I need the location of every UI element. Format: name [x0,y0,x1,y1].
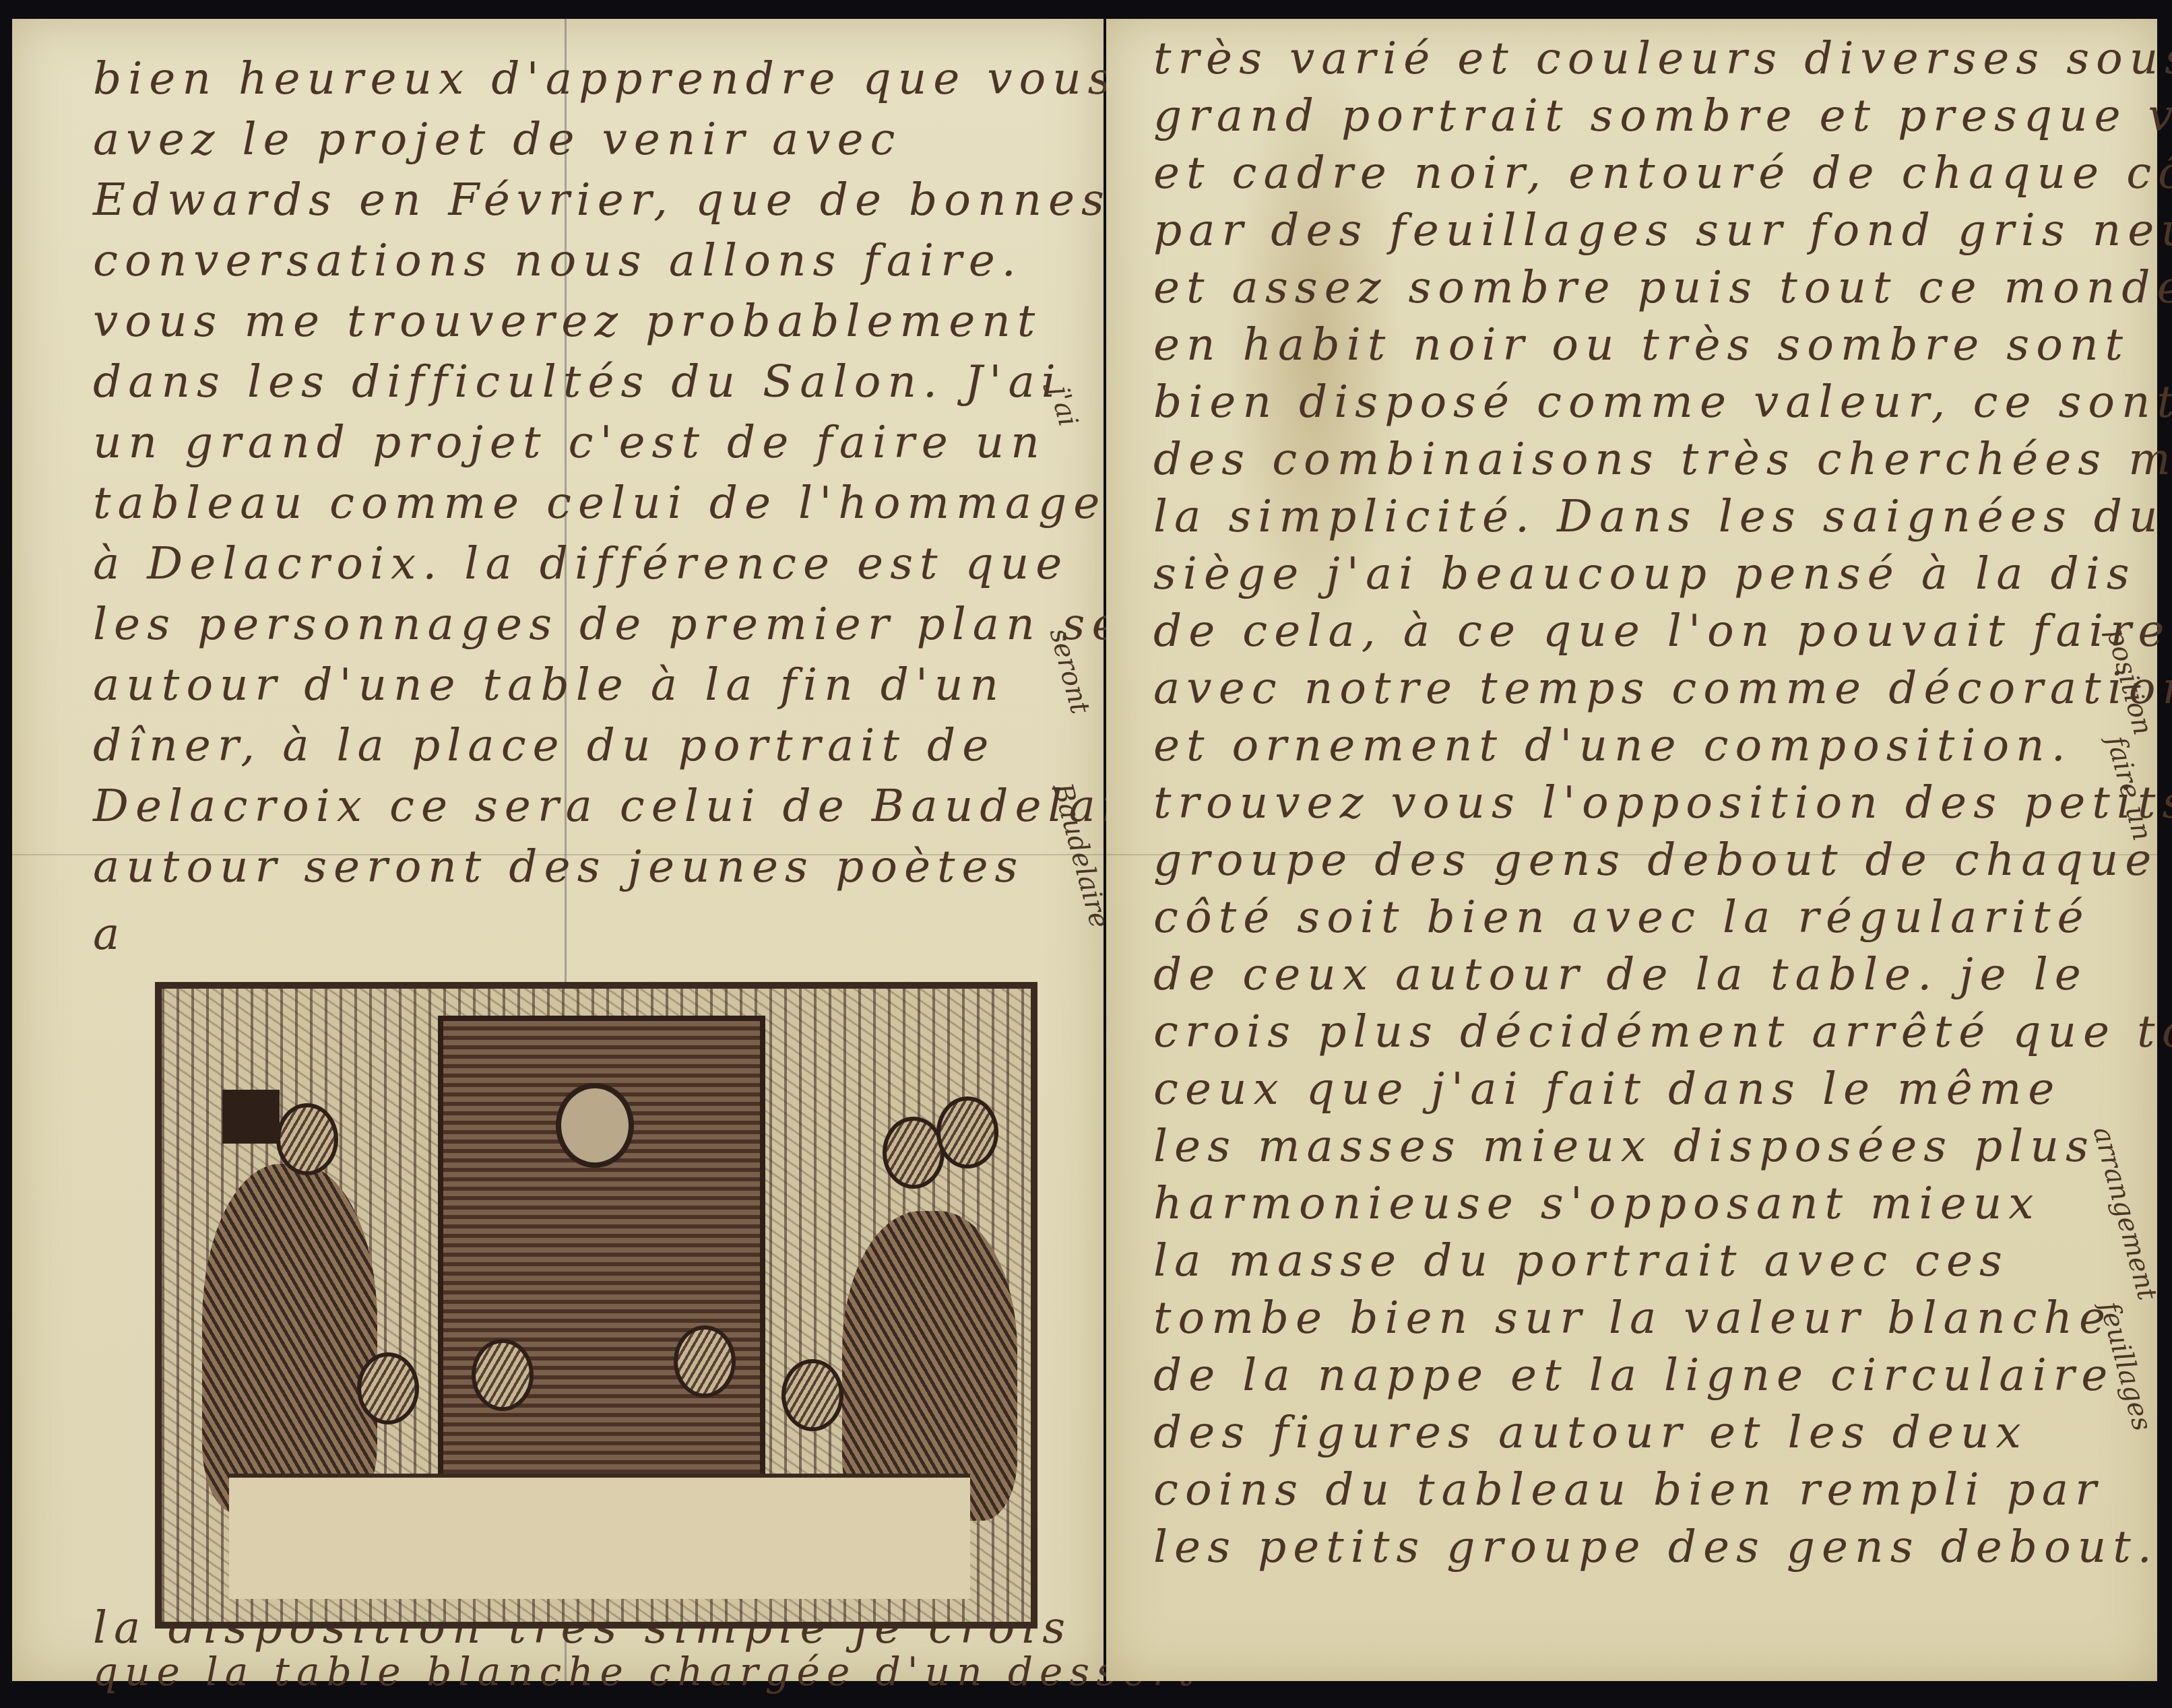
text-line: les masses mieux disposées plus [1153,1120,2095,1172]
sketch-standing-figure [202,1164,377,1514]
text-line: Delacroix ce sera celui de Baudelaire [93,780,1184,832]
text-line: des combinaisons très cherchées mais [1153,433,2172,485]
sketch-head [472,1339,534,1411]
text-line: Edwards en Février, que de bonnes [93,174,1111,226]
text-line: de la nappe et la ligne circulaire [1153,1349,2114,1401]
text-line: crois plus décidément arrêté que tout [1153,1006,2172,1057]
text-line: côté soit bien avec la régularité [1153,891,2090,943]
margin-note: arrangement [2087,1123,2163,1303]
sketch-head [276,1103,338,1175]
text-line: et cadre noir, entouré de chaque côté [1153,147,2172,199]
text-line: tombe bien sur la valeur blanche [1153,1292,2112,1344]
text-line: les petits groupe des gens debout. dessi… [1153,1521,2172,1573]
text-line: de ceux autour de la table. je le [1153,948,2088,1000]
text-line: des figures autour et les deux [1153,1406,2028,1458]
text-line: la masse du portrait avec ces [1153,1235,2009,1286]
text-line: dans les difficultés du Salon. J'ai [93,356,1062,407]
text-line: a [93,908,126,960]
sketch-head [781,1359,843,1431]
text-line: groupe des gens debout de chaque [1153,834,2158,886]
text-line: autour seront des jeunes poètes [93,841,1024,892]
text-line: tableau comme celui de l'hommage [93,477,1106,529]
sketch-head [674,1325,736,1398]
text-line: et ornement d'une composition. [1153,719,2072,771]
text-line: bien heureux d'apprendre que vous [93,53,1118,104]
left-page: bien heureux d'apprendre que vous avez l… [12,19,1104,1681]
text-line: très varié et couleurs diverses sous le [1153,32,2172,84]
sketch-portrait-oval [556,1083,634,1168]
text-line: de cela, à ce que l'on pouvait faire [1153,605,2171,657]
text-line: en habit noir ou très sombre sont [1153,319,2130,370]
text-line: trouvez vous l'opposition des petits [1153,777,2172,828]
text-line: autour d'une table à la fin d'un [93,659,1005,711]
text-line: par des feuillages sur fond gris neutre [1153,204,2172,256]
text-line: harmonieuse s'opposant mieux [1153,1177,2041,1229]
text-line: ceux que j'ai fait dans le même [1153,1063,2061,1115]
text-line: avec notre temps comme décoration [1153,662,2172,714]
text-line: à Delacroix. la différence est que [93,537,1068,589]
sketch-head [357,1352,419,1424]
right-page: très varié et couleurs diverses sous le … [1106,19,2157,1681]
text-line: coins du tableau bien rempli par [1153,1464,2103,1515]
text-line: un grand projet c'est de faire un [93,416,1046,468]
text-line: la simplicité. Dans les saignées du [1153,490,2165,542]
text-line: et assez sombre puis tout ce monde [1153,261,2172,313]
sketch-white-table [229,1474,970,1599]
ink-sketch [155,982,1037,1629]
text-line: conversations nous allons faire. [93,234,1023,286]
sketch-top-hat [222,1090,280,1144]
margin-note: j'ai [1044,383,1084,430]
text-line: siège j'ai beaucoup pensé à la dis [1153,548,2136,599]
text-line: que la table blanche chargée d'un desser… [93,1649,1201,1695]
text-line: dîner, à la place du portrait de [93,719,995,771]
text-line: bien disposé comme valeur, ce sont [1153,376,2172,428]
text-line: vous me trouverez probablement [93,295,1042,347]
text-line: avez le projet de venir avec [93,113,902,165]
sketch-head [883,1117,945,1189]
sketch-head [936,1096,998,1169]
text-line: grand portrait sombre et presque vague [1153,90,2172,141]
